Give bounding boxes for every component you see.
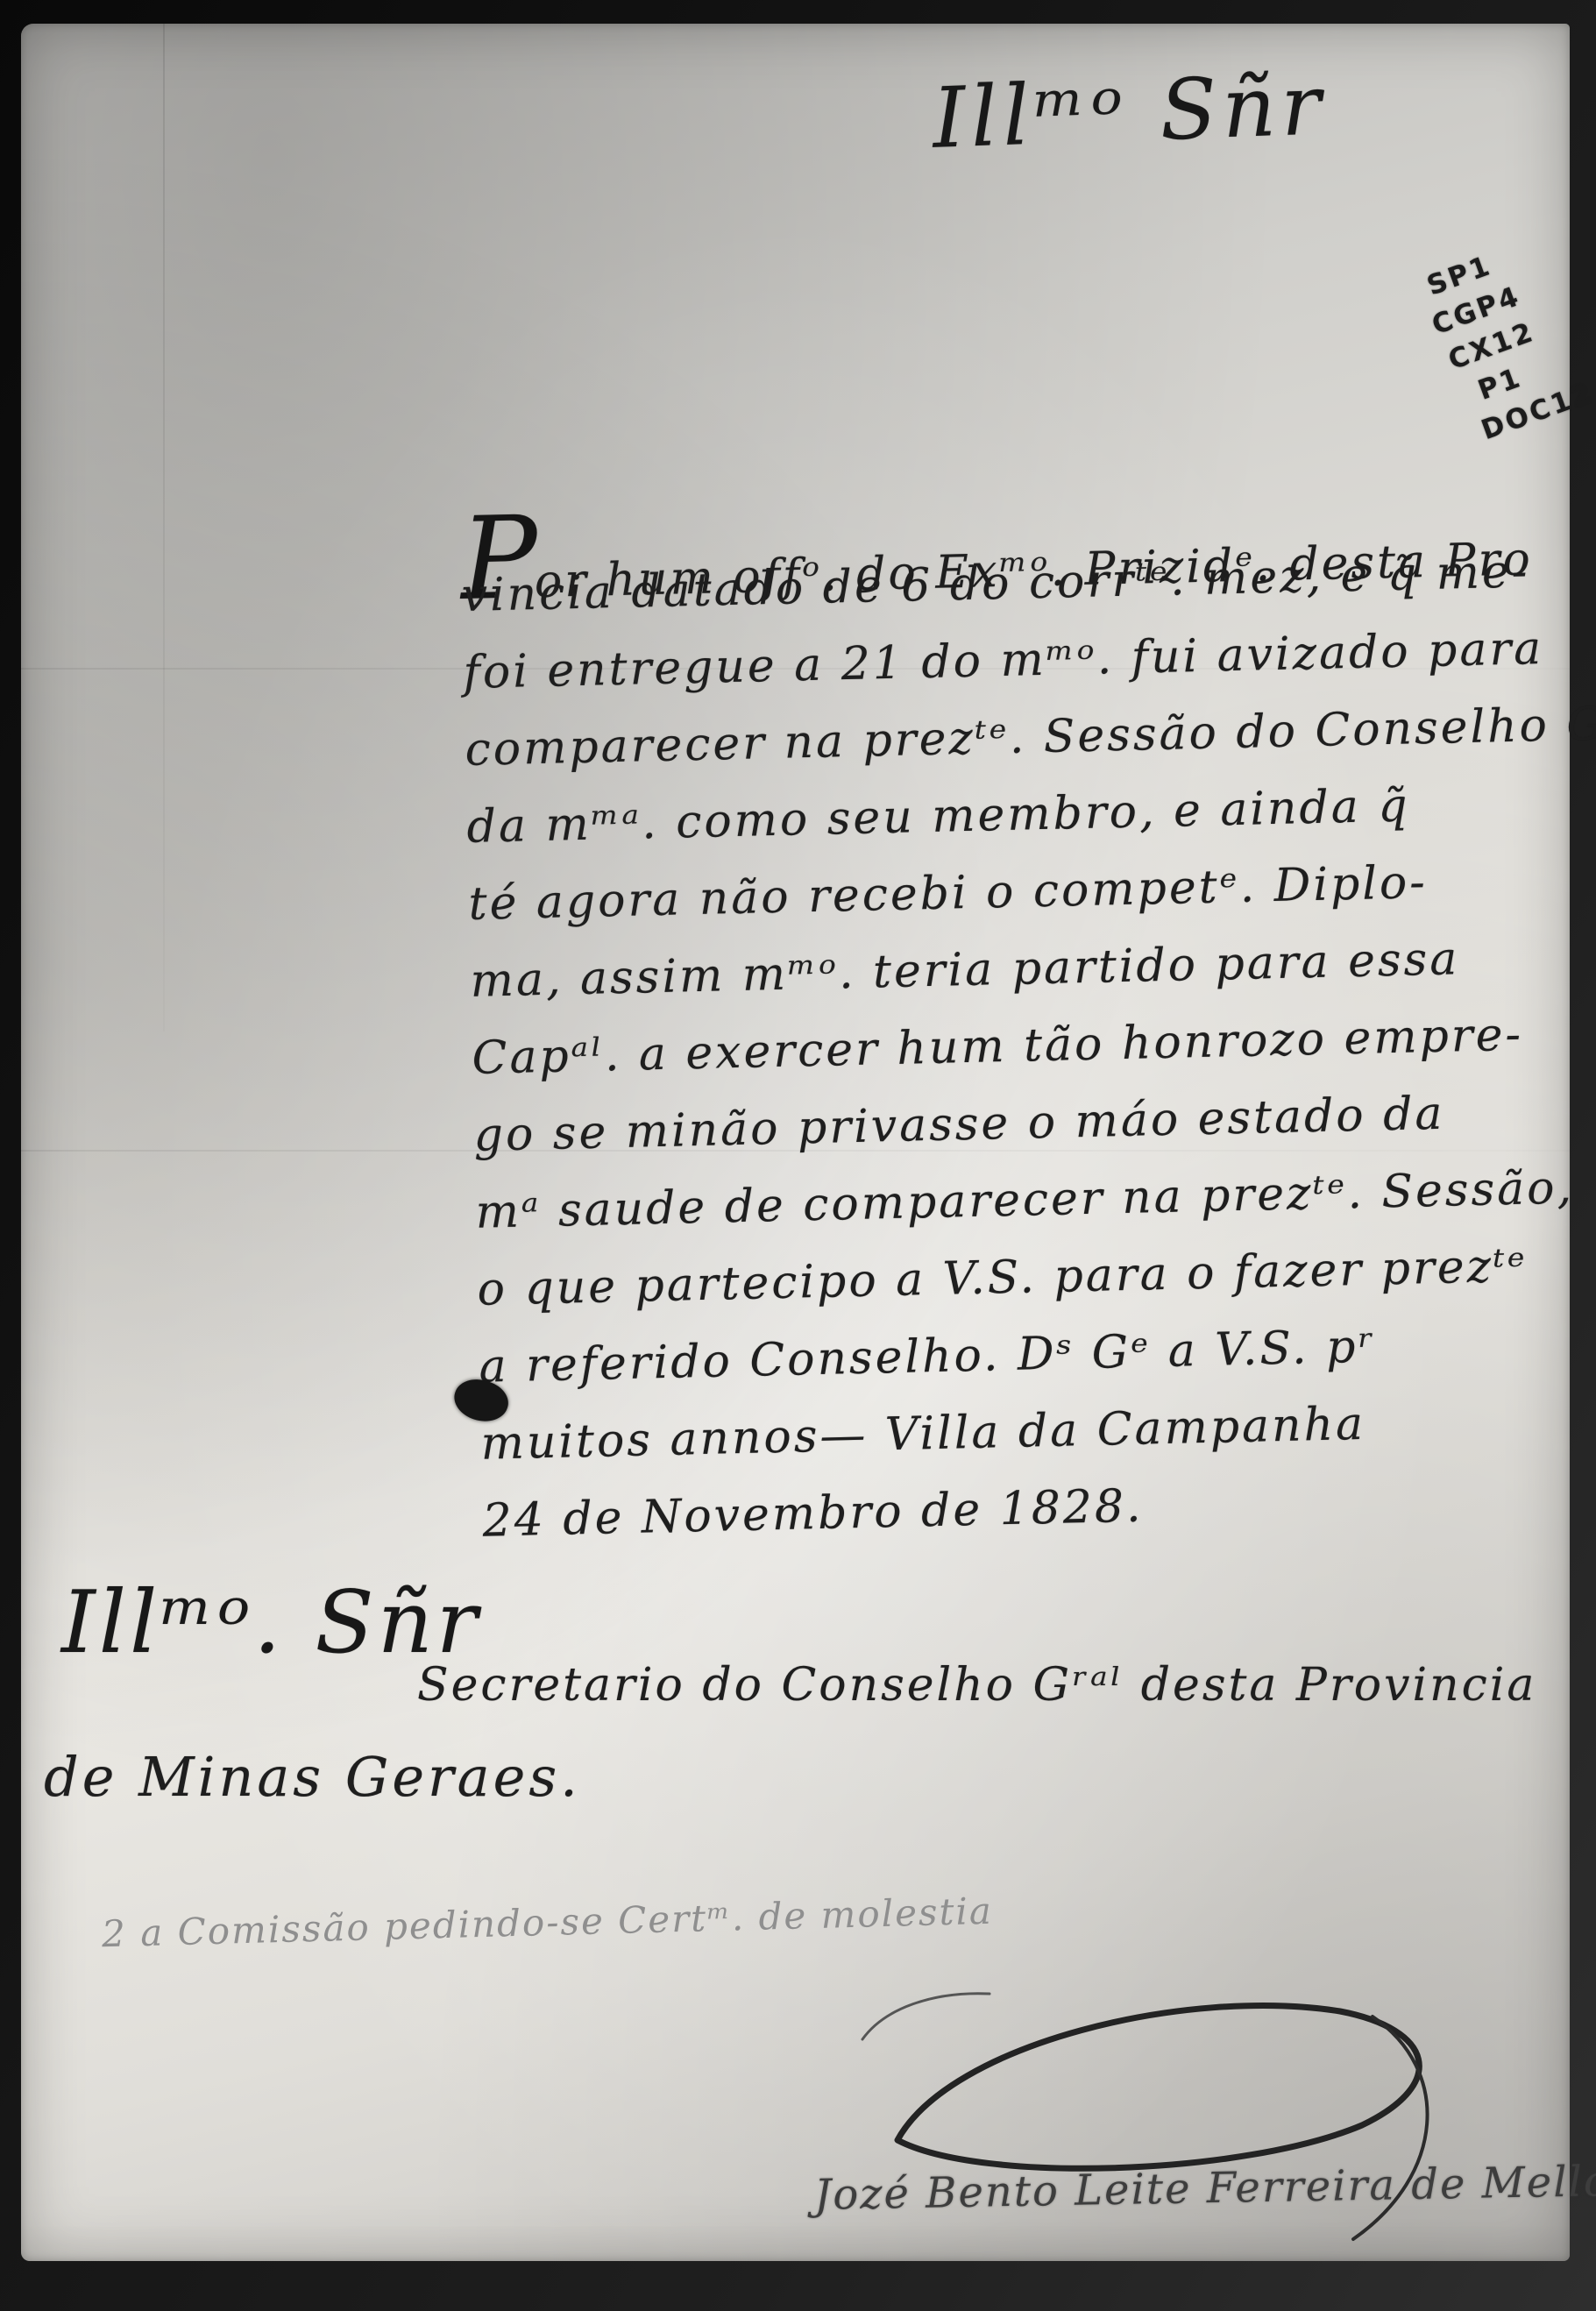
letter-body: Por hum offᵒ. do Exᵐᵒ. Prizidᵉ. desta Pr… <box>459 467 1596 1572</box>
address-line1: Secretario do Conselho Gʳᵃˡ desta Provin… <box>417 1659 1536 1712</box>
address-salutation: Illᵐᵒ. Sñr <box>61 1573 481 1673</box>
flourish-oval-loop <box>897 2006 1419 2169</box>
flourish-entry-stroke <box>862 1994 990 2039</box>
salutation-header: Illᵐᵒ Sñr <box>931 57 1328 167</box>
docket-note: 2 a Comissão pedindo-se Certᵐ. de molest… <box>102 1889 994 1956</box>
address-line2: de Minas Geraes. <box>44 1745 581 1809</box>
archival-reference-stamp: SP1 CGP4 CX12 P1 DOC12 <box>1414 229 1596 453</box>
fold-crease-vertical <box>163 24 165 1031</box>
document-page: Illᵐᵒ Sñr SP1 CGP4 CX12 P1 DOC12 Por hum… <box>21 24 1570 2261</box>
